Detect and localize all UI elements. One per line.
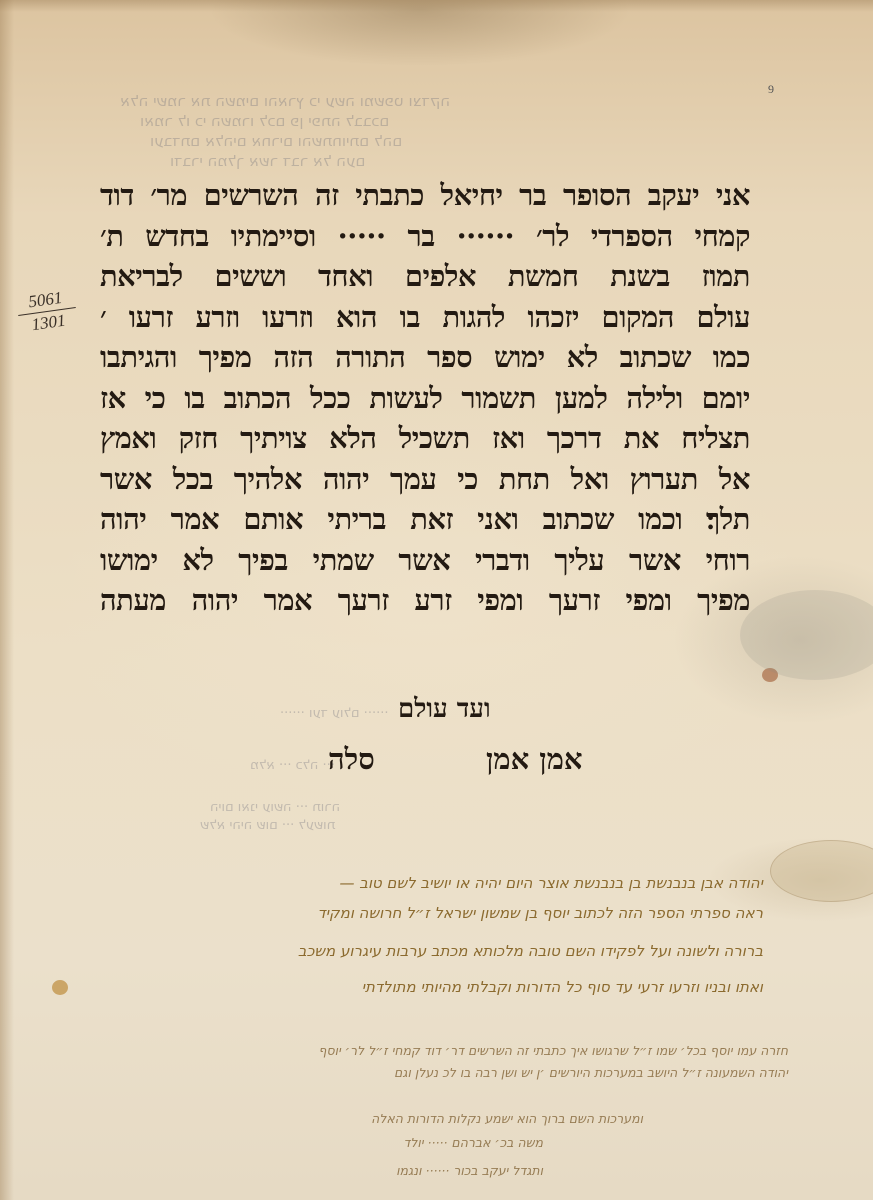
colophon-line: מפיך ומפי זרעך ומפי זרע זרעך אמר יהוה מע… xyxy=(100,580,750,621)
colophon-line: קמחי הספרדי לר׳ ······ בר ····· וסיימתיו… xyxy=(100,216,750,257)
colophon-line: אני יעקב הסופר בר יחיאל כתבתי זה השרשים … xyxy=(100,175,750,216)
colophon-closing-line: ועד עולם xyxy=(398,694,491,724)
bleed-through-line: ואמר לו כי השמרו לכם פן יפתה לבבכם xyxy=(140,112,389,130)
bleed-through-line: ······ ועד עולם ······ xyxy=(280,706,388,721)
colophon-line: אל תערוץ ואל תחת כי עמך יהוה אלהיך בכל א… xyxy=(100,459,750,500)
lower-note-line: יהודה השמעונה ז״ל היושב במערכות היורשים … xyxy=(394,1062,788,1084)
marginal-note-line: ראה ספרתי הספר הזה לכתוב יוסף בן שמשון י… xyxy=(317,898,763,928)
lower-note-line: משה בכ׳ אברהם ····· יולד xyxy=(403,1132,543,1154)
colophon-line: תמוז בשנת חמשת אלפים ואחד וששים לבריאת xyxy=(100,256,750,297)
colophon-text: אני יעקב הסופר בר יחיאל כתבתי זה השרשים … xyxy=(100,175,750,621)
manuscript-page: אלה ישמר את השמים והארץ כי עשה ומשפט וצד… xyxy=(0,0,873,1200)
shelfmark: 5061 1301 xyxy=(15,286,78,337)
ink-stain xyxy=(52,980,68,995)
lower-note-line: חזרה עמו יוסף בכל׳ שמו ז״ל שרגושו איך כת… xyxy=(319,1040,788,1062)
bleed-through-line: היום ואני עושה ··· תורה xyxy=(210,800,340,815)
colophon-line: כמו שכתוב לא ימוש ספר התורה הזה מפיך והג… xyxy=(100,337,750,378)
lower-note-line: ותגדל יעקב בכור ······ ונגמו xyxy=(396,1160,543,1182)
colophon-final-amen: אמן אמן xyxy=(486,742,583,777)
bleed-through-line: שלא יהיה שום ··· לעשות xyxy=(200,818,335,833)
page-top-edge xyxy=(0,0,873,12)
marginal-note-line: יהודה אבן בנבנשת בן בנבנשת אוצר היום יהי… xyxy=(340,868,763,898)
colophon-line: יומם ולילה למען תשמור לעשות ככל הכתוב בו… xyxy=(100,378,750,419)
bleed-through-line: ודברי המלך אשר דבר אל העם xyxy=(170,152,365,170)
marginal-note-line: ברורה ולשונה ועל לפקידו השם טובה מלכותא … xyxy=(298,936,763,966)
water-stain xyxy=(740,590,873,680)
shelfmark-bottom: 1301 xyxy=(30,311,66,335)
bleed-through-line: ועבדתם אלהים אחרים והשתחויתם להם xyxy=(150,132,402,150)
bleed-through-line: אלה ישמר את השמים והארץ כי עשה ומשפט וצד… xyxy=(120,92,450,110)
colophon-line: רוחי אשר עליך ודברי אשר שמתי בפיך לא ימו… xyxy=(100,540,750,581)
colophon-line: עולם המקום יזכהו להגות בו הוא וזרעו וזרע… xyxy=(100,297,750,338)
folio-number: 9 xyxy=(768,82,774,97)
colophon-line: תצליח את דרכך ואז תשכיל הלא צויתיך חזק ו… xyxy=(100,418,750,459)
colophon-final-selah: סלה xyxy=(328,742,375,777)
water-stain xyxy=(770,840,873,902)
bleed-through-line: מלא ··· כלה ··· xyxy=(250,758,335,773)
lower-note-line: ומערכות השם ברוך הוא ישמע נקלות הדורות ה… xyxy=(371,1108,643,1130)
marginal-note-line: ואתו ובניו וזרעו זרעי עד סוף כל הדורות ו… xyxy=(362,972,763,1002)
page-edge-shadow xyxy=(0,0,14,1200)
colophon-line: תלך׃ וכמו שכתוב ואני זאת בריתי אותם אמר … xyxy=(100,499,750,540)
shelfmark-top: 5061 xyxy=(27,288,63,312)
